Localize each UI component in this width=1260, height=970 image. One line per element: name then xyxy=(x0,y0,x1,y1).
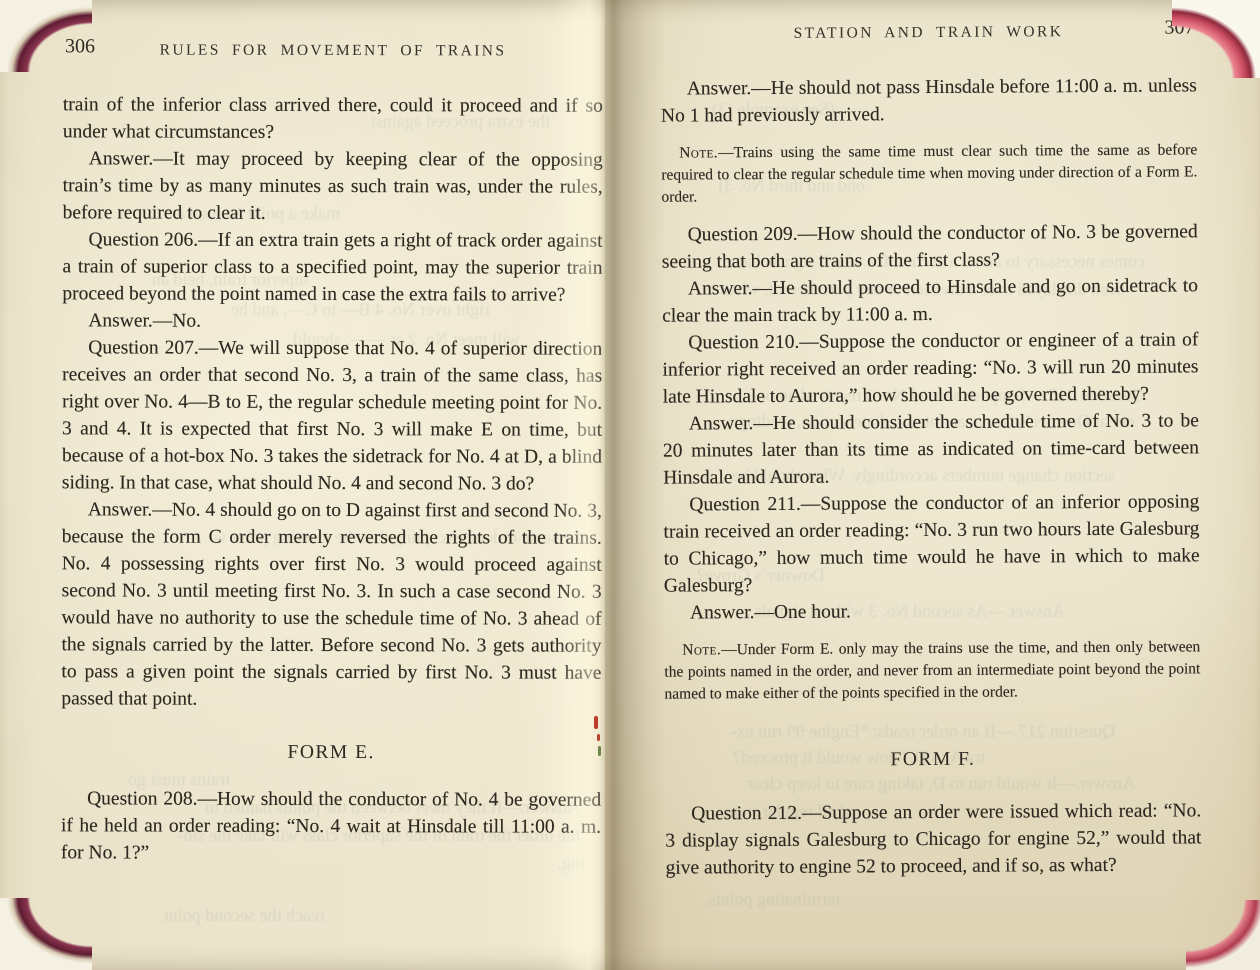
paragraph: Answer.—One hour. xyxy=(664,596,1200,626)
paragraph: Question 210.—Suppose the conductor or e… xyxy=(662,326,1198,410)
paragraph: Question 207.—We will suppose that No. 4… xyxy=(62,334,602,497)
left-page: the extra proceed againstmake a point as… xyxy=(0,0,605,970)
right-page-content: STATION AND TRAIN WORK 307 Answer.—He sh… xyxy=(660,16,1201,881)
left-page-header: 306 RULES FOR MOVEMENT OF TRAINS xyxy=(63,35,603,66)
paragraph: Question 212.—Suppose an order were issu… xyxy=(665,797,1201,881)
running-header: RULES FOR MOVEMENT OF TRAINS xyxy=(63,35,603,60)
left-page-text: train of the inferior class arrived ther… xyxy=(61,91,603,867)
paragraph: Answer.—He should proceed to Hinsdale an… xyxy=(662,272,1198,329)
paragraph: train of the inferior class arrived ther… xyxy=(63,91,603,146)
page-number: 307 xyxy=(1164,16,1194,39)
paragraph: Answer.—He should consider the schedule … xyxy=(663,407,1199,491)
right-page: (See example (3)ond and third No. 3)come… xyxy=(605,0,1260,970)
note-label: Note. xyxy=(679,144,718,161)
note-paragraph: Note.—Trains using the same time must cl… xyxy=(661,139,1197,208)
note-paragraph: Note.—Under Form E. only may the trains … xyxy=(664,636,1200,705)
note-label: Note. xyxy=(682,641,721,658)
bleed-through-text: terminating points. xyxy=(645,886,840,912)
paragraph: Question 206.—If an extra train gets a r… xyxy=(62,226,602,308)
paragraph: Answer.—He should not pass Hinsdale befo… xyxy=(661,72,1197,129)
bleed-through-text: reach the second point xyxy=(75,902,325,928)
paragraph: Answer.—It may proceed by keeping clear … xyxy=(63,145,603,227)
book-spread: the extra proceed againstmake a point as… xyxy=(0,0,1260,970)
paragraph: Question 209.—How should the conductor o… xyxy=(662,218,1198,275)
form-heading: FORM F. xyxy=(665,744,1201,774)
paragraph: Answer.—No. 4 should go on to D against … xyxy=(61,496,602,713)
left-page-content: 306 RULES FOR MOVEMENT OF TRAINS train o… xyxy=(61,35,603,867)
paragraph: Question 211.—Suppose the conductor of a… xyxy=(663,488,1200,599)
paragraph: Question 208.—How should the conductor o… xyxy=(61,785,601,867)
right-page-header: STATION AND TRAIN WORK 307 xyxy=(660,16,1196,49)
right-page-text: Answer.—He should not pass Hinsdale befo… xyxy=(661,72,1202,881)
form-heading: FORM E. xyxy=(61,738,601,766)
running-header: STATION AND TRAIN WORK xyxy=(660,16,1196,43)
page-number: 306 xyxy=(65,35,95,58)
paragraph: Answer.—No. xyxy=(62,307,602,335)
